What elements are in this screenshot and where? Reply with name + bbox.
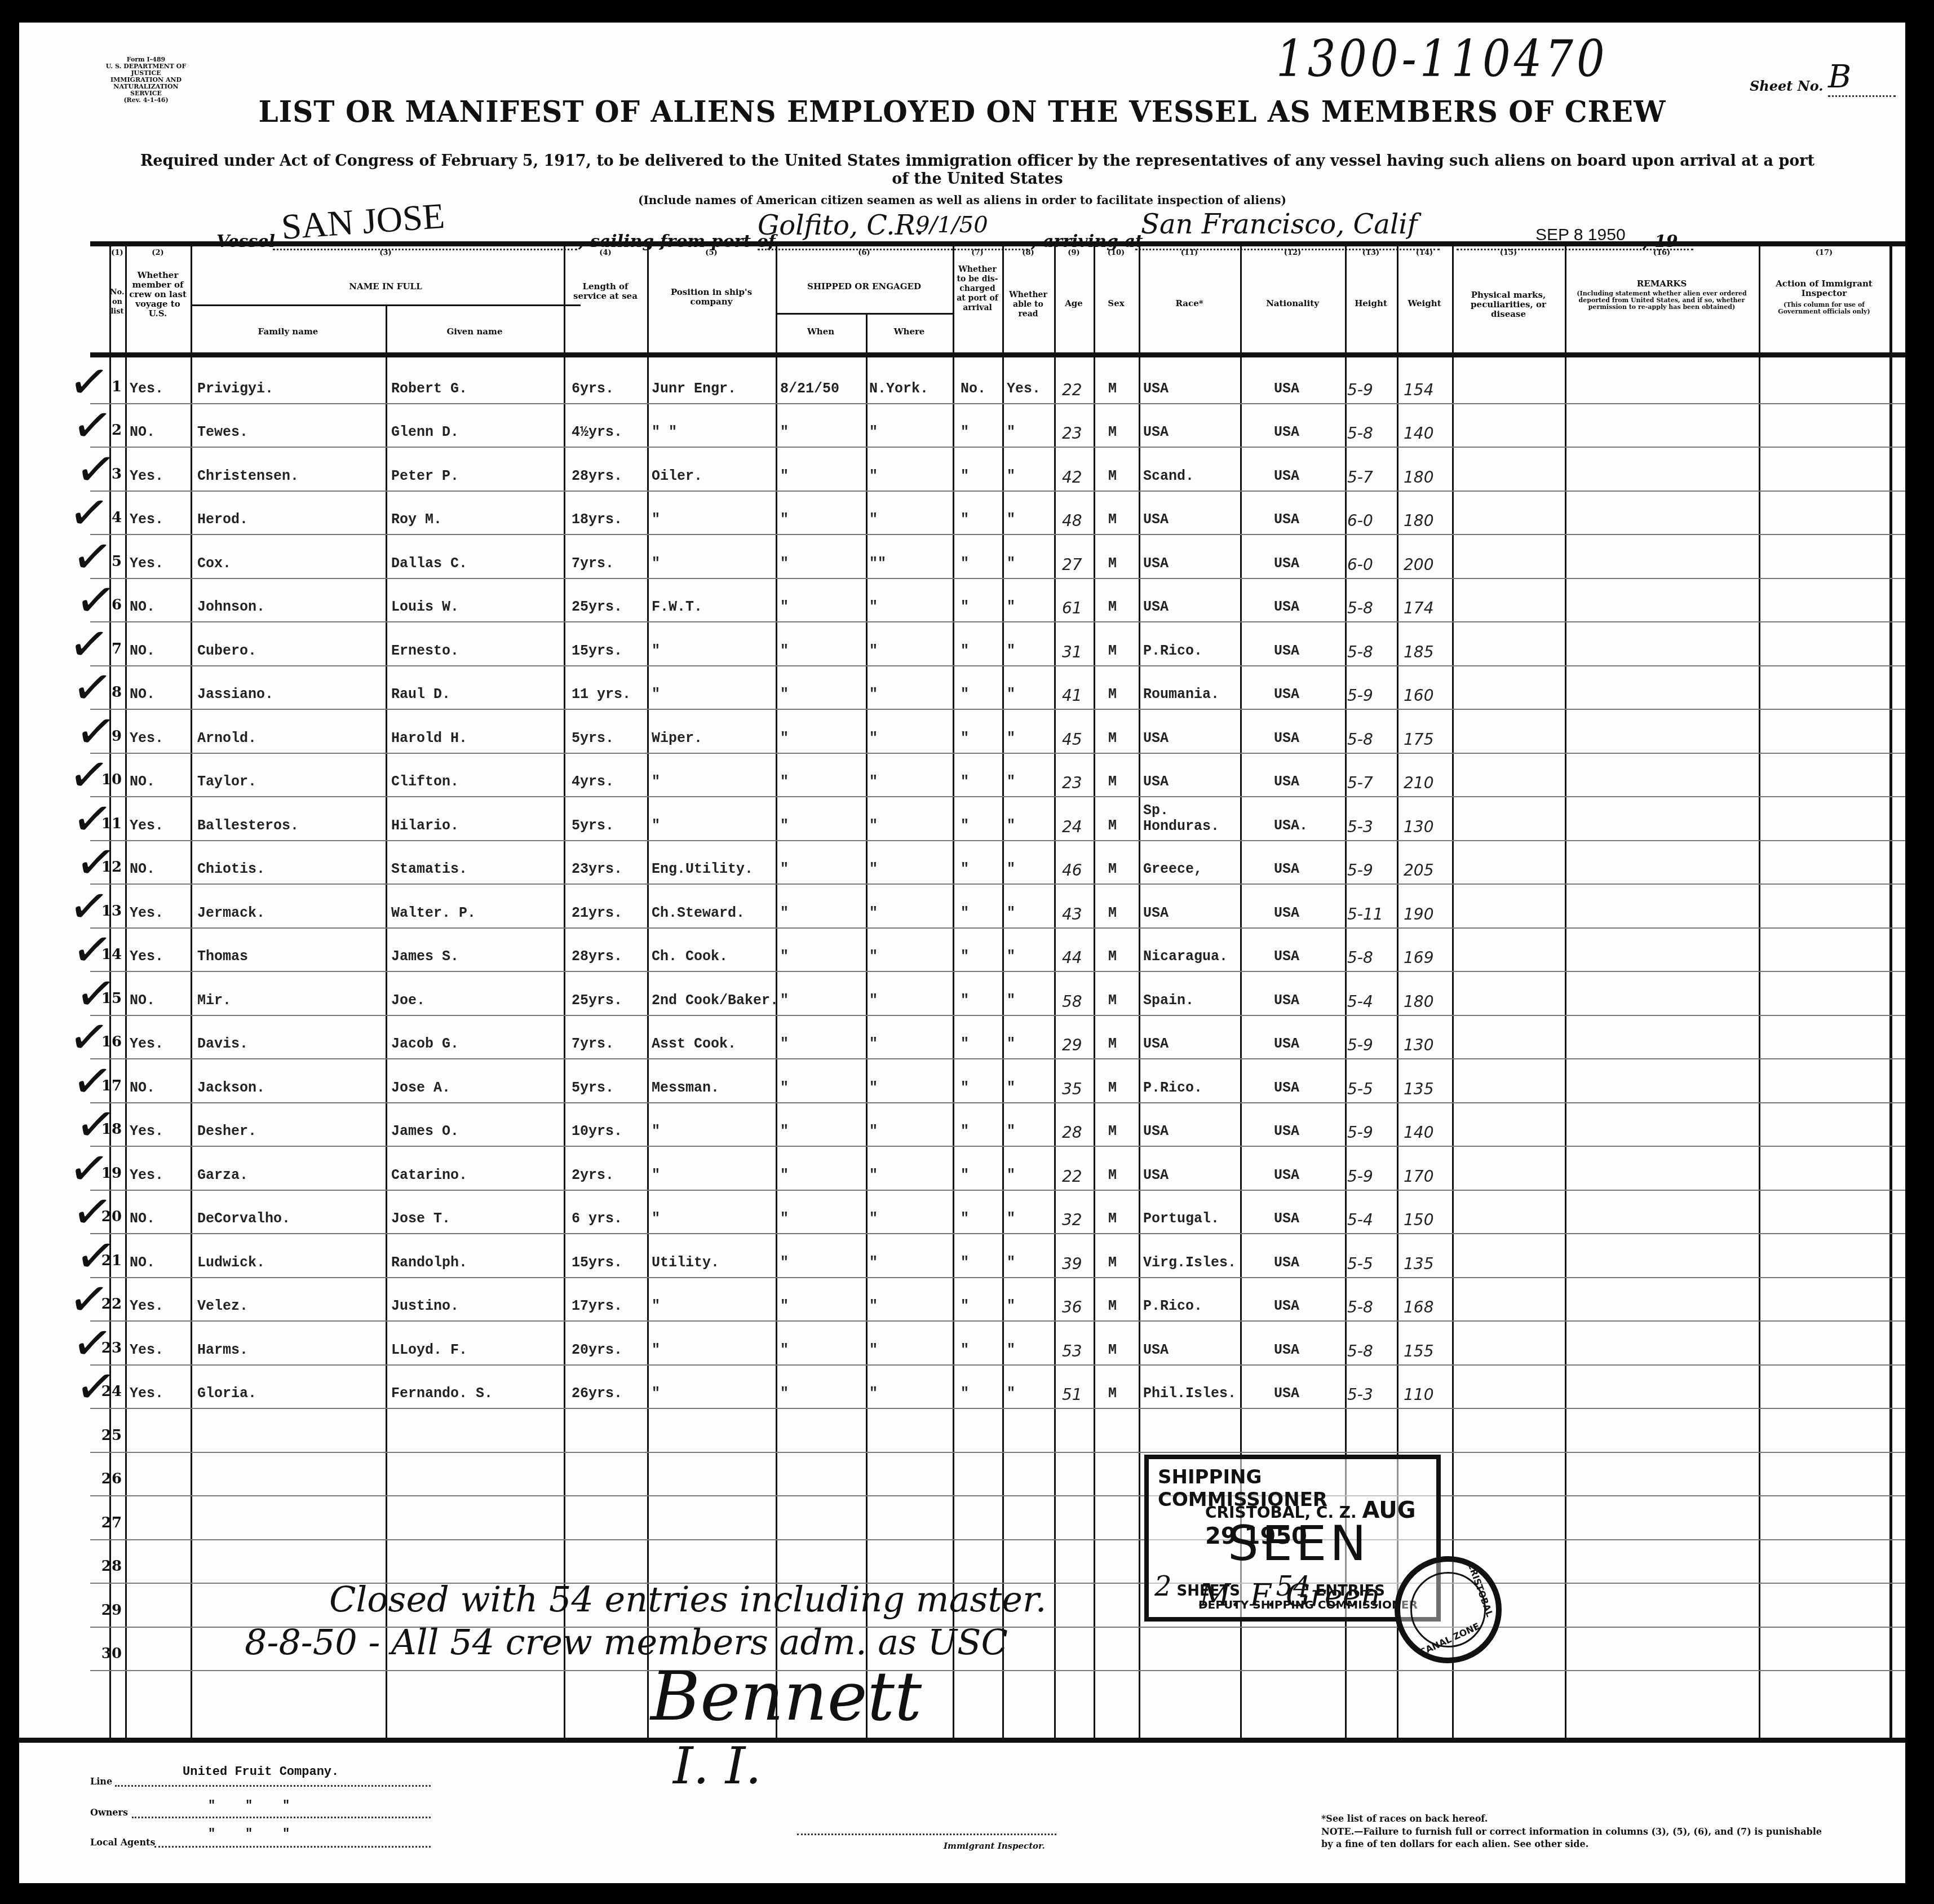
age-cell: 39 <box>1062 1254 1082 1273</box>
position-cell: " <box>652 1123 660 1139</box>
whether-prior-voyage-cell: Yes. <box>130 555 163 572</box>
able-to-read-cell: Yes. <box>1007 381 1041 397</box>
nationality-cell: USA <box>1274 643 1299 659</box>
able-to-read-cell: " <box>1007 643 1015 659</box>
sex-cell: M <box>1108 818 1117 834</box>
given-name-cell: Robert G. <box>391 381 467 397</box>
height-cell: 5-8 <box>1347 948 1373 967</box>
whether-prior-voyage-cell: NO. <box>130 1254 155 1271</box>
able-to-read-cell: " <box>1007 1080 1015 1096</box>
race-cell: USA <box>1143 730 1169 746</box>
shipped-when-cell: " <box>780 730 789 746</box>
discharged-cell: " <box>961 1036 969 1052</box>
nationality-cell: USA <box>1274 1385 1299 1402</box>
col-divider <box>647 241 649 1741</box>
sex-cell: M <box>1108 730 1117 746</box>
whether-prior-voyage-cell: Yes. <box>130 1167 163 1183</box>
vessel-line: Vessel SAN JOSE , sailing from port of G… <box>216 204 1738 255</box>
owners-value: " " " <box>208 1799 290 1813</box>
col-divider <box>564 241 565 1741</box>
able-to-read-cell: " <box>1007 774 1015 790</box>
discharged-cell: " <box>961 511 969 528</box>
nationality-cell: USA <box>1274 774 1299 790</box>
col-divider <box>191 241 192 1741</box>
weight-cell: 140 <box>1404 1123 1433 1142</box>
height-cell: 5-8 <box>1347 424 1373 443</box>
col4-label: Length of service at sea <box>572 282 639 301</box>
given-name-cell: Jose T. <box>391 1211 450 1227</box>
age-cell: 45 <box>1062 730 1082 749</box>
shipped-when-cell: " <box>780 599 789 615</box>
weight-cell: 180 <box>1404 992 1433 1011</box>
weight-cell: 155 <box>1404 1342 1433 1360</box>
family-name-cell: Ludwick. <box>197 1254 265 1271</box>
family-name-cell: Velez. <box>197 1298 248 1314</box>
row-separator <box>90 1408 1905 1409</box>
age-cell: 22 <box>1062 381 1082 399</box>
col-divider <box>1054 241 1056 1741</box>
length-of-service-cell: 25yrs. <box>572 992 622 1009</box>
inspector-signature: Bennett <box>650 1658 922 1736</box>
nationality-cell: USA <box>1274 1167 1299 1183</box>
family-name-cell: Chiotis. <box>197 861 265 877</box>
col2-number: (2) <box>125 248 191 258</box>
length-of-service-cell: 23yrs. <box>572 861 622 877</box>
row-separator <box>90 403 1905 404</box>
able-to-read-cell: " <box>1007 1123 1015 1139</box>
race-cell: Sp. Honduras. <box>1143 803 1219 834</box>
weight-cell: 180 <box>1404 468 1433 487</box>
col3-number: (3) <box>191 248 581 258</box>
whether-prior-voyage-cell: Yes. <box>130 1036 163 1052</box>
row-separator <box>90 971 1905 972</box>
race-cell: USA <box>1143 381 1169 397</box>
height-cell: 5-5 <box>1347 1254 1373 1273</box>
agents-label: Local Agents <box>90 1837 156 1848</box>
race-cell: USA <box>1143 424 1169 440</box>
weight-cell: 168 <box>1404 1298 1433 1317</box>
length-of-service-cell: 4½yrs. <box>572 424 622 440</box>
position-cell: " <box>652 1385 660 1402</box>
given-name-cell: Randolph. <box>391 1254 467 1271</box>
length-of-service-cell: 17yrs. <box>572 1298 622 1314</box>
row-separator <box>90 1233 1905 1234</box>
whether-prior-voyage-cell: Yes. <box>130 511 163 528</box>
height-cell: 6-0 <box>1347 511 1373 530</box>
position-cell: " <box>652 1211 660 1227</box>
header-bottom-border <box>90 352 1905 357</box>
nationality-cell: USA <box>1274 686 1299 703</box>
nationality-cell: USA <box>1274 1342 1299 1358</box>
department: U. S. DEPARTMENT OF JUSTICE <box>98 63 194 77</box>
weight-cell: 180 <box>1404 511 1433 530</box>
family-name-cell: Herod. <box>197 511 248 528</box>
shipped-where-cell: " <box>869 774 878 790</box>
weight-cell: 210 <box>1404 774 1433 792</box>
given-name-cell: Glenn D. <box>391 424 459 440</box>
col16-number: (16) <box>1565 248 1759 258</box>
row-separator <box>90 1670 1905 1671</box>
age-cell: 44 <box>1062 948 1082 967</box>
height-cell: 5-4 <box>1347 992 1373 1011</box>
col7-number: (7) <box>953 248 1002 258</box>
case-number: 1300-110470 <box>1276 30 1608 89</box>
able-to-read-cell: " <box>1007 468 1015 484</box>
race-cell: USA <box>1143 774 1169 790</box>
races-note: *See list of races on back hereof. <box>1321 1813 1488 1825</box>
col12-number: (12) <box>1240 248 1345 258</box>
nationality-cell: USA <box>1274 1254 1299 1271</box>
whether-prior-voyage-cell: Yes. <box>130 1342 163 1358</box>
family-name-cell: Tewes. <box>197 424 248 440</box>
row-separator <box>90 447 1905 448</box>
position-cell: Oiler. <box>652 468 702 484</box>
stamp-footer: DEPUTY SHIPPING COMMISSIONER <box>1198 1598 1418 1611</box>
discharged-cell: " <box>961 1254 969 1271</box>
height-cell: 5-9 <box>1347 861 1373 880</box>
height-cell: 5-8 <box>1347 1298 1373 1317</box>
col3-family-label: Family name <box>191 327 386 337</box>
sex-cell: M <box>1108 1298 1117 1314</box>
sex-cell: M <box>1108 1167 1117 1183</box>
col-divider <box>1094 241 1095 1741</box>
whether-prior-voyage-cell: NO. <box>130 1211 155 1227</box>
height-cell: 5-9 <box>1347 1167 1373 1186</box>
family-name-cell: DeCorvalho. <box>197 1211 290 1227</box>
discharged-cell: No. <box>961 381 986 397</box>
position-cell: " <box>652 1167 660 1183</box>
shipped-when-cell: " <box>780 992 789 1009</box>
discharged-cell: " <box>961 818 969 834</box>
weight-cell: 110 <box>1404 1385 1433 1404</box>
row-separator <box>90 1495 1905 1496</box>
discharged-cell: " <box>961 424 969 440</box>
race-cell: USA <box>1143 1167 1169 1183</box>
nationality-cell: USA <box>1274 730 1299 746</box>
col5-number: (5) <box>647 248 776 258</box>
length-of-service-cell: 6yrs. <box>572 381 614 397</box>
row-number: 29 <box>99 1602 122 1619</box>
weight-cell: 160 <box>1404 686 1433 705</box>
length-of-service-cell: 2yrs. <box>572 1167 614 1183</box>
col8-number: (8) <box>1002 248 1054 258</box>
shipped-when-cell: " <box>780 1385 789 1402</box>
whether-prior-voyage-cell: Yes. <box>130 381 163 397</box>
shipped-when-cell: " <box>780 468 789 484</box>
family-name-cell: Thomas <box>197 948 248 965</box>
whether-prior-voyage-cell: Yes. <box>130 1385 163 1402</box>
nationality-cell: USA <box>1274 1036 1299 1052</box>
age-cell: 53 <box>1062 1342 1082 1360</box>
line-value: United Fruit Company. <box>183 1765 339 1779</box>
age-cell: 43 <box>1062 905 1082 924</box>
shipped-where-cell: " <box>869 1211 878 1227</box>
shipped-when-cell: " <box>780 555 789 572</box>
length-of-service-cell: 25yrs. <box>572 599 622 615</box>
position-cell: " <box>652 643 660 659</box>
height-cell: 5-5 <box>1347 1080 1373 1098</box>
shipped-where-cell: " <box>869 1167 878 1183</box>
closing-note-line1: Closed with 54 entries including master. <box>329 1579 1047 1620</box>
col-divider <box>386 304 387 1741</box>
row-separator <box>90 491 1905 492</box>
nationality-cell: USA <box>1274 599 1299 615</box>
shipped-where-cell: " <box>869 424 878 440</box>
race-cell: Greece, <box>1143 861 1202 877</box>
weight-cell: 200 <box>1404 555 1433 574</box>
discharged-cell: " <box>961 774 969 790</box>
check-mark-icon: ✓ <box>72 1360 119 1413</box>
col-divider <box>1452 241 1454 1741</box>
given-name-cell: Louis W. <box>391 599 459 615</box>
row-separator <box>90 883 1905 885</box>
owners-label: Owners <box>90 1807 128 1818</box>
discharged-cell: " <box>961 948 969 965</box>
height-cell: 5-9 <box>1347 686 1373 705</box>
family-name-cell: Desher. <box>197 1123 256 1139</box>
length-of-service-cell: 4yrs. <box>572 774 614 790</box>
able-to-read-cell: " <box>1007 861 1015 877</box>
given-name-cell: Catarino. <box>391 1167 467 1183</box>
sex-cell: M <box>1108 381 1117 397</box>
sex-cell: M <box>1108 992 1117 1009</box>
shipped-where-cell: "" <box>869 555 886 572</box>
family-name-cell: Cubero. <box>197 643 256 659</box>
row-number: 25 <box>99 1427 122 1444</box>
discharged-cell: " <box>961 1211 969 1227</box>
able-to-read-cell: " <box>1007 1342 1015 1358</box>
whether-prior-voyage-cell: NO. <box>130 686 155 703</box>
col14-number: (14) <box>1397 248 1452 258</box>
table-bottom-border <box>19 1738 1905 1743</box>
weight-cell: 175 <box>1404 730 1433 749</box>
height-cell: 5-9 <box>1347 1036 1373 1054</box>
age-cell: 23 <box>1062 774 1082 792</box>
family-name-cell: Jermack. <box>197 905 265 921</box>
nationality-cell: USA <box>1274 1298 1299 1314</box>
row-separator <box>90 621 1905 622</box>
able-to-read-cell: " <box>1007 511 1015 528</box>
position-cell: Wiper. <box>652 730 702 746</box>
shipped-where-cell: N.York. <box>869 381 928 397</box>
able-to-read-cell: " <box>1007 992 1015 1009</box>
shipped-where-cell: " <box>869 643 878 659</box>
penalty-note: NOTE.—Failure to furnish full or correct… <box>1321 1826 1829 1850</box>
weight-cell: 140 <box>1404 424 1433 443</box>
height-cell: 5-7 <box>1347 774 1373 792</box>
nationality-cell: USA <box>1274 948 1299 965</box>
family-name-cell: Davis. <box>197 1036 248 1052</box>
length-of-service-cell: 6 yrs. <box>572 1211 622 1227</box>
inspector-initials: I. I. <box>673 1737 762 1796</box>
length-of-service-cell: 28yrs. <box>572 948 622 965</box>
age-cell: 46 <box>1062 861 1082 880</box>
given-name-cell: Joe. <box>391 992 425 1009</box>
discharged-cell: " <box>961 686 969 703</box>
discharged-cell: " <box>961 1123 969 1139</box>
height-cell: 5-9 <box>1347 381 1373 399</box>
age-cell: 42 <box>1062 468 1082 487</box>
able-to-read-cell: " <box>1007 730 1015 746</box>
height-cell: 5-8 <box>1347 643 1373 661</box>
sex-cell: M <box>1108 774 1117 790</box>
shipped-when-cell: " <box>780 818 789 834</box>
discharged-cell: " <box>961 1298 969 1314</box>
weight-cell: 190 <box>1404 905 1433 924</box>
whether-prior-voyage-cell: NO. <box>130 774 155 790</box>
shipped-where-cell: " <box>869 948 878 965</box>
nationality-cell: USA <box>1274 1080 1299 1096</box>
able-to-read-cell: " <box>1007 686 1015 703</box>
height-cell: 5-7 <box>1347 468 1373 487</box>
col9-label: Age <box>1054 299 1094 308</box>
shipped-when-cell: " <box>780 1167 789 1183</box>
agents-field <box>154 1845 431 1848</box>
row-separator <box>90 753 1905 754</box>
discharged-cell: " <box>961 730 969 746</box>
col-divider <box>1759 241 1760 1741</box>
col15-number: (15) <box>1452 248 1565 258</box>
given-name-cell: Peter P. <box>391 468 459 484</box>
length-of-service-cell: 15yrs. <box>572 1254 622 1271</box>
nationality-cell: USA <box>1274 381 1299 397</box>
discharged-cell: " <box>961 599 969 615</box>
inspector-signature-field <box>797 1832 1056 1835</box>
race-cell: P.Rico. <box>1143 643 1202 659</box>
sex-cell: M <box>1108 511 1117 528</box>
table-top-border <box>90 241 1905 246</box>
position-cell: Eng.Utility. <box>652 861 753 877</box>
shipped-when-cell: " <box>780 511 789 528</box>
whether-prior-voyage-cell: Yes. <box>130 905 163 921</box>
nationality-cell: USA <box>1274 992 1299 1009</box>
age-cell: 22 <box>1062 1167 1082 1186</box>
col-divider <box>1139 241 1140 1741</box>
sex-cell: M <box>1108 555 1117 572</box>
length-of-service-cell: 20yrs. <box>572 1342 622 1358</box>
sailing-date: 9/1/50 <box>915 212 988 238</box>
shipped-when-cell: " <box>780 1211 789 1227</box>
discharged-cell: " <box>961 1167 969 1183</box>
race-cell: Nicaragua. <box>1143 948 1228 965</box>
weight-cell: 205 <box>1404 861 1433 880</box>
discharged-cell: " <box>961 1385 969 1402</box>
row-separator <box>90 1015 1905 1016</box>
col16-sublabel: (Including statement whether alien ever … <box>1570 290 1753 311</box>
nationality-cell: USA. <box>1274 818 1308 834</box>
shipped-when-cell: 8/21/50 <box>780 381 839 397</box>
position-cell: " <box>652 1298 660 1314</box>
stamp-seen: SEEN <box>1228 1516 1370 1572</box>
row-separator <box>90 927 1905 929</box>
shipped-when-cell: " <box>780 643 789 659</box>
row-number: 28 <box>99 1558 122 1575</box>
race-cell: Phil.Isles. <box>1143 1385 1236 1402</box>
race-cell: USA <box>1143 1342 1169 1358</box>
family-name-cell: Harms. <box>197 1342 248 1358</box>
length-of-service-cell: 21yrs. <box>572 905 622 921</box>
length-of-service-cell: 26yrs. <box>572 1385 622 1402</box>
race-cell: Roumania. <box>1143 686 1219 703</box>
race-cell: Scand. <box>1143 468 1194 484</box>
able-to-read-cell: " <box>1007 1036 1015 1052</box>
given-name-cell: Hilario. <box>391 818 459 834</box>
age-cell: 35 <box>1062 1080 1082 1098</box>
row-separator <box>90 1277 1905 1278</box>
shipped-where-cell: " <box>869 468 878 484</box>
whether-prior-voyage-cell: NO. <box>130 424 155 440</box>
age-cell: 36 <box>1062 1298 1082 1317</box>
given-name-cell: Fernando. S. <box>391 1385 493 1402</box>
sex-cell: M <box>1108 1080 1117 1096</box>
nationality-cell: USA <box>1274 555 1299 572</box>
manifest-page: Form I-489 U. S. DEPARTMENT OF JUSTICE I… <box>19 23 1905 1883</box>
age-cell: 27 <box>1062 555 1082 574</box>
given-name-cell: Jose A. <box>391 1080 450 1096</box>
nationality-cell: USA <box>1274 511 1299 528</box>
whether-prior-voyage-cell: Yes. <box>130 468 163 484</box>
whether-prior-voyage-cell: Yes. <box>130 1123 163 1139</box>
col4-number: (4) <box>564 248 647 258</box>
col17-number: (17) <box>1759 248 1889 258</box>
row-separator <box>90 665 1905 666</box>
sex-cell: M <box>1108 599 1117 615</box>
col-divider <box>953 241 954 1741</box>
position-cell: Messman. <box>652 1080 719 1096</box>
shipped-when-cell: " <box>780 686 789 703</box>
given-name-cell: Raul D. <box>391 686 450 703</box>
row-separator <box>90 1452 1905 1453</box>
age-cell: 32 <box>1062 1211 1082 1229</box>
shipped-where-cell: " <box>869 730 878 746</box>
line-label: Line <box>90 1776 112 1787</box>
col-divider <box>125 241 127 1741</box>
col11-number: (11) <box>1139 248 1240 258</box>
col16-label: REMARKS <box>1565 279 1759 289</box>
length-of-service-cell: 7yrs. <box>572 555 614 572</box>
shipped-subheader-line <box>776 313 953 315</box>
col14-label: Weight <box>1397 299 1452 308</box>
closing-note-line2: 8-8-50 - All 54 crew members adm. as USC <box>245 1622 1008 1663</box>
row-separator <box>90 1058 1905 1059</box>
agents-value: " " " <box>208 1827 290 1841</box>
col-divider <box>866 313 868 1741</box>
discharged-cell: " <box>961 905 969 921</box>
row-separator <box>90 1190 1905 1191</box>
shipped-when-cell: " <box>780 861 789 877</box>
col13-label: Height <box>1345 299 1397 308</box>
position-cell: Ch.Steward. <box>652 905 745 921</box>
age-cell: 61 <box>1062 599 1082 617</box>
shipped-when-cell: " <box>780 1254 789 1271</box>
whether-prior-voyage-cell: NO. <box>130 599 155 615</box>
shipped-where-cell: " <box>869 905 878 921</box>
length-of-service-cell: 10yrs. <box>572 1123 622 1139</box>
subtitle: Required under Act of Congress of Februa… <box>132 152 1823 188</box>
able-to-read-cell: " <box>1007 1211 1015 1227</box>
shipped-where-cell: " <box>869 686 878 703</box>
race-cell: USA <box>1143 1036 1169 1052</box>
position-cell: " <box>652 555 660 572</box>
shipped-where-cell: " <box>869 1254 878 1271</box>
shipped-where-cell: " <box>869 1036 878 1052</box>
age-cell: 24 <box>1062 818 1082 836</box>
able-to-read-cell: " <box>1007 818 1015 834</box>
col6-when-label: When <box>776 327 866 337</box>
nationality-cell: USA <box>1274 905 1299 921</box>
col15-label: Physical marks, peculiarities, or diseas… <box>1458 290 1559 319</box>
shipped-where-cell: " <box>869 1385 878 1402</box>
